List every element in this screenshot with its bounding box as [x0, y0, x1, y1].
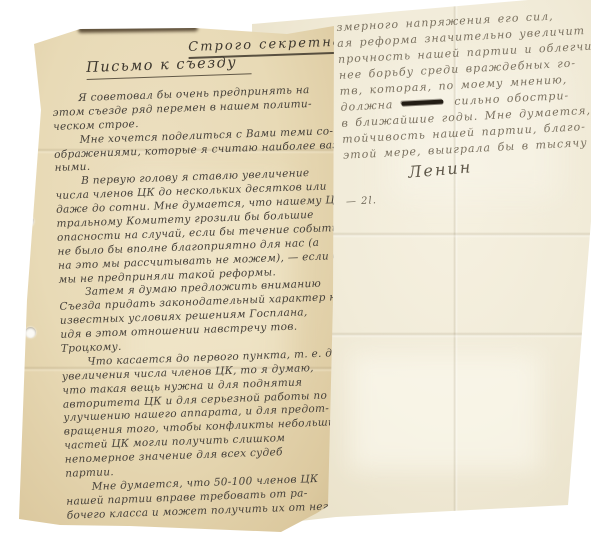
page-number-note: — 2l.: [346, 195, 377, 208]
punch-hole: [23, 216, 34, 227]
punch-hole: [25, 327, 36, 338]
manuscript-photo: змерного напряжения его сил, ая реформа …: [0, 0, 591, 545]
rear-page-text: змерного напряжения его сил, ая реформа …: [336, 4, 591, 164]
strikethrough-mark: [402, 99, 444, 105]
front-page-text: Я советовал бы очень предпринять на этом…: [52, 83, 349, 523]
edge-dark-mark: [78, 25, 198, 33]
front-page-sheet: Строго секретно Письмо к съезду Я совето…: [0, 0, 350, 545]
paper-sheen: [350, 355, 540, 470]
line-fragment: должна: [340, 98, 394, 114]
document-title: Письмо к съезду: [86, 54, 252, 80]
